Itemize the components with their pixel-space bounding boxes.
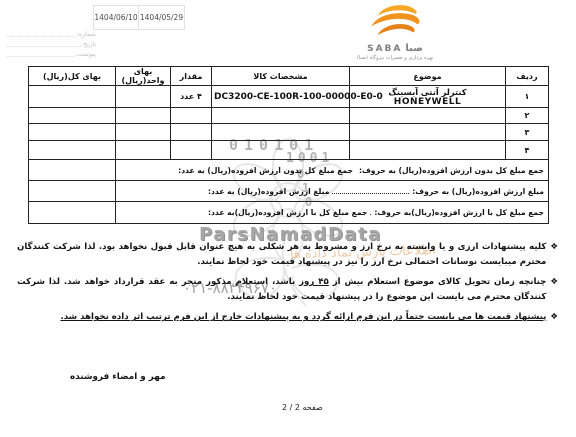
page-number: صفحه 2 / 2	[282, 403, 323, 412]
summary-row: جمع مبلغ کل بدون ارزش افزوده(ریال) به حر…	[29, 160, 549, 181]
quantity-cell	[171, 108, 212, 124]
summary-value-cell	[29, 181, 116, 202]
date-value: 1404/05/29	[139, 5, 185, 30]
col-header-quantity: مقدار	[171, 67, 212, 86]
saba-company-logo: SABA صبا بهره برداری و تعمیرات نیروگاه (…	[340, 2, 450, 61]
date-value: 1404/06/10	[93, 5, 139, 30]
table-row: ۲	[29, 108, 549, 124]
note-delivery-terms: ❖ چنانچه زمان تحویل کالای موضوع استعلام …	[17, 275, 558, 304]
total-price-cell	[29, 124, 116, 141]
col-header-subject: موضوع	[350, 67, 506, 86]
diamond-bullet-icon: ❖	[550, 240, 558, 269]
specs-cell: DC3200-CE-100R-100-00000-E0-0	[212, 86, 350, 108]
ref-attachment-label: پیوست:	[75, 50, 96, 58]
note-currency-terms: ❖ کلیه پیشنهادات ارزی و یا وابسته به نرخ…	[17, 240, 558, 269]
summary-words-label: مبلغ ارزش افزوده(ریال) به حروف:	[412, 187, 544, 196]
col-header-row-number: ردیف	[506, 67, 549, 86]
ref-number-line	[7, 36, 76, 37]
row-number-cell: ۳	[506, 124, 549, 141]
row-number-cell: ۴	[506, 141, 549, 160]
summary-row: جمع مبلغ کل با ارزش افزوده(ریال)به حروف:…	[29, 202, 549, 224]
note-text-underlined: پیشنهاد قیمت ها می بایست حتماً در این فر…	[60, 312, 546, 322]
note-text: چنانچه زمان تحویل کالای موضوع استعلام بی…	[329, 277, 547, 287]
col-header-specs: مشخصات کالا	[212, 67, 350, 86]
quantity-cell: ۴ عدد	[171, 86, 212, 108]
quantity-cell	[171, 141, 212, 160]
summary-total-inc-vat: جمع مبلغ کل با ارزش افزوده(ریال)به حروف:…	[116, 202, 549, 224]
table-row: ۳	[29, 124, 549, 141]
total-price-cell	[29, 108, 116, 124]
dotted-leader	[370, 210, 371, 216]
quantity-cell	[171, 124, 212, 141]
logo-wordmark-farsi: صبا	[405, 43, 423, 54]
col-header-total-price: بهای کل(ریال)	[29, 67, 116, 86]
dotted-leader	[332, 188, 409, 194]
reference-fields: شماره: تاریخ: پیوست:	[5, 28, 96, 58]
seller-signature-label: مهر و امضاء فروشنده	[70, 372, 166, 382]
table-row: ۱ کنترلر آنتی آیسینگ HONEYWELL DC3200-CE…	[29, 86, 549, 108]
summary-value-cell	[29, 202, 116, 224]
logo-tagline: بهره برداری و تعمیرات نیروگاه (صبا)	[340, 55, 450, 61]
logo-wordmark-latin: SABA	[367, 44, 402, 54]
diamond-bullet-icon: ❖	[550, 275, 558, 304]
col-header-unit-price: بهای واحد(ریال)	[116, 67, 171, 86]
summary-words-label: جمع مبلغ کل بدون ارزش افزوده(ریال) به حر…	[359, 166, 544, 175]
ref-date-label: تاریخ:	[81, 40, 96, 48]
unit-price-cell	[116, 86, 171, 108]
summary-digits-label: مبلغ ارزش افزوده(ریال) به عدد:	[208, 187, 329, 196]
summary-vat: مبلغ ارزش افزوده(ریال) به حروف: مبلغ ارز…	[116, 181, 549, 202]
diamond-bullet-icon: ❖	[550, 310, 558, 325]
table-header-row: ردیف موضوع مشخصات کالا مقدار بهای واحد(ر…	[29, 67, 549, 86]
terms-notes: ❖ کلیه پیشنهادات ارزی و یا وابسته به نرخ…	[17, 240, 558, 331]
note-text: کلیه پیشنهادات ارزی و یا وابسته به نرخ ا…	[17, 242, 546, 267]
row-number-cell: ۱	[506, 86, 549, 108]
note-form-requirement: ❖ پیشنهاد قیمت ها می بایست حتماً در این …	[17, 310, 558, 325]
specs-cell	[212, 124, 350, 141]
unit-price-cell	[116, 124, 171, 141]
summary-digits-label: جمع مبلغ کل با ارزش افزوده(ریال)به عدد:	[208, 208, 367, 217]
date-box: 1404/06/10 1404/05/29	[93, 5, 185, 30]
specs-cell	[212, 141, 350, 160]
total-price-cell	[29, 141, 116, 160]
row-number-cell: ۲	[506, 108, 549, 124]
ref-attachment-line	[7, 56, 75, 57]
subject-cell	[350, 141, 506, 160]
summary-words-label: جمع مبلغ کل با ارزش افزوده(ریال)به حروف:	[374, 208, 544, 217]
subject-cell	[350, 124, 506, 141]
ref-date-line	[7, 46, 81, 47]
unit-price-cell	[116, 108, 171, 124]
saba-swirl-icon	[367, 2, 423, 40]
summary-total-ex-vat: جمع مبلغ کل بدون ارزش افزوده(ریال) به حر…	[116, 160, 549, 181]
subject-cell	[350, 108, 506, 124]
total-price-cell	[29, 86, 116, 108]
specs-cell	[212, 108, 350, 124]
summary-digits-label: جمع مبلغ کل بدون ارزش افزوده(ریال) به عد…	[178, 166, 353, 175]
note-text-underlined: ۴۵ روز	[299, 277, 329, 287]
ref-number-label: شماره:	[76, 30, 96, 38]
table-row: ۴	[29, 141, 549, 160]
summary-row: مبلغ ارزش افزوده(ریال) به حروف: مبلغ ارز…	[29, 181, 549, 202]
unit-price-cell	[116, 141, 171, 160]
inquiry-items-table: ردیف موضوع مشخصات کالا مقدار بهای واحد(ر…	[28, 66, 549, 224]
summary-value-cell	[29, 160, 116, 181]
